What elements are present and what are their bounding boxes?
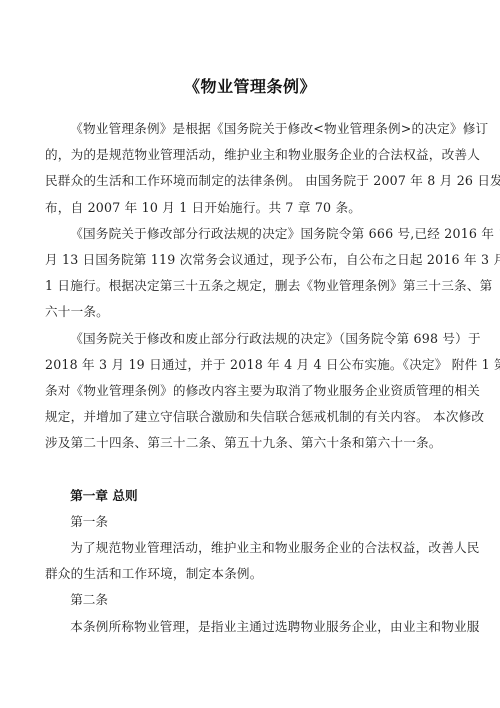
intro-paragraph-3: 《国务院关于修改和废止部分行政法规的决定》（国务院令第 698 号）于 2018… [45, 326, 457, 457]
article-1-text: 为了规范物业管理活动，维护业主和物业服务企业的合法权益，改善人民 群众的生活和工… [45, 535, 457, 587]
text-line: 布，自 2007 年 10 月 1 日开始施行。共 7 章 70 条。 [45, 195, 457, 221]
text-line: 《国务院关于修改部分行政法规的决定》国务院令第 666 号,已经 2016 年 … [45, 221, 457, 247]
text-line: 六十一条。 [45, 299, 457, 325]
document-title: 《物业管理条例》 [0, 74, 500, 97]
intro-paragraph-2: 《国务院关于修改部分行政法规的决定》国务院令第 666 号,已经 2016 年 … [45, 221, 457, 326]
text-line: 群众的生活和工作环境，制定本条例。 [45, 561, 457, 587]
text-line: 《国务院关于修改和废止部分行政法规的决定》（国务院令第 698 号）于 [45, 326, 457, 352]
chapter-heading: 第一章 总则 [45, 483, 457, 509]
text-line: 本条例所称物业管理，是指业主通过选聘物业服务企业，由业主和物业服 [45, 614, 457, 640]
text-line: 《物业管理条例》是根据《国务院关于修改<物业管理条例>的决定》修订 [45, 116, 457, 142]
text-line: 民群众的生活和工作环境而制定的法律条例。 由国务院于 2007 年 8 月 26… [45, 168, 457, 194]
text-line: 月 13 日国务院第 119 次常务会议通过，现予公布，自公布之日起 2016 … [45, 247, 457, 273]
text-line: 条对《物业管理条例》的修改内容主要为取消了物业服务企业资质管理的相关 [45, 378, 457, 404]
document-body: 《物业管理条例》是根据《国务院关于修改<物业管理条例>的决定》修订 的，为的是规… [45, 116, 457, 640]
text-line: 为了规范物业管理活动，维护业主和物业服务企业的合法权益，改善人民 [45, 535, 457, 561]
intro-paragraph-1: 《物业管理条例》是根据《国务院关于修改<物业管理条例>的决定》修订 的，为的是规… [45, 116, 457, 221]
text-line: 的，为的是规范物业管理活动，维护业主和物业服务企业的合法权益，改善人 [45, 142, 457, 168]
text-line: 规定，并增加了建立守信联合激励和失信联合惩戒机制的有关内容。 本次修改 [45, 404, 457, 430]
article-1-title: 第一条 [45, 509, 457, 535]
article-2-text: 本条例所称物业管理，是指业主通过选聘物业服务企业，由业主和物业服 [45, 614, 457, 640]
text-line: 1 日施行。根据决定第三十五条之规定，删去《物业管理条例》第三十三条、第 [45, 273, 457, 299]
text-line: 2018 年 3 月 19 日通过，并于 2018 年 4 月 4 日公布实施。… [45, 352, 457, 378]
blank-line [45, 457, 457, 483]
article-2-title: 第二条 [45, 587, 457, 613]
document-page: 《物业管理条例》 《物业管理条例》是根据《国务院关于修改<物业管理条例>的决定》… [0, 0, 500, 708]
text-line: 涉及第二十四条、第三十二条、第五十九条、第六十条和第六十一条。 [45, 430, 457, 456]
